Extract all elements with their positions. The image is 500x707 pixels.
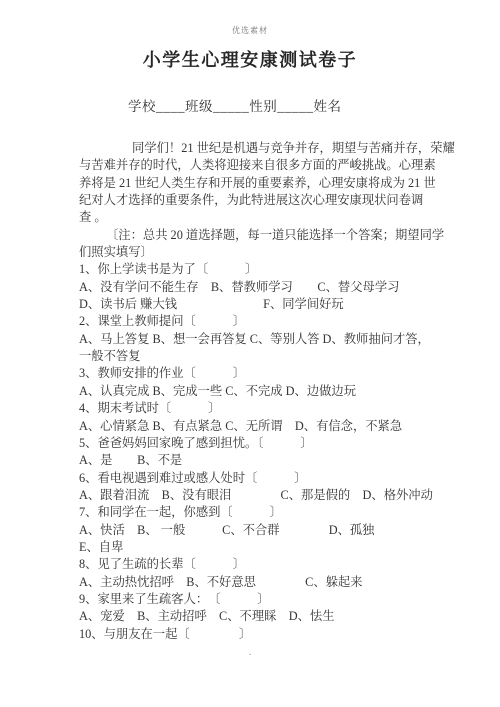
student-info-blanks: 学校____班级_____性别_____姓名 bbox=[128, 95, 342, 115]
document-page: 优选素材 小学生心理安康测试卷子 学校____班级_____性别_____姓名 … bbox=[0, 0, 500, 707]
question-1-options: D、读书后 赚大钱 F、同学间好玩 bbox=[79, 296, 444, 313]
intro-line: 与苦难并存的时代，人类将迎接来自很多方面的严峻挑战。心理素 bbox=[79, 157, 444, 174]
question-9: 9、家里来了生疏客人： 〔 〕 bbox=[79, 591, 444, 608]
question-7: 7、和同学在一起，你感到〔 〕 bbox=[79, 504, 444, 521]
note-line: 〔注：总共 20 道选择题，每一道只能选择一个答案；期望同学 bbox=[79, 227, 444, 244]
questionnaire-body: 同学们！21 世纪是机遇与竞争并存，期望与苦痛并存，荣耀 与苦难并存的时代，人类… bbox=[79, 140, 444, 643]
page-title: 小学生心理安康测试卷子 bbox=[0, 46, 500, 72]
header-watermark: 优选素材 bbox=[0, 25, 500, 36]
intro-line: 查 。 bbox=[79, 209, 444, 226]
question-6: 6、看电视遇到难过或感人处时〔 〕 bbox=[79, 470, 444, 487]
question-8: 8、见了生疏的长辈〔 〕 bbox=[79, 556, 444, 573]
question-1-options: A、没有学问不能生存 B、替教师学习 C、替父母学习 bbox=[79, 279, 444, 296]
question-2: 2、课堂上教师提问〔 〕 bbox=[79, 313, 444, 330]
question-1: 1、你上学读书是为了〔 〕 bbox=[79, 261, 444, 278]
question-6-options: A、跟着泪流 B、没有眼泪 C、那是假的 D、格外冲动 bbox=[79, 487, 444, 504]
note-line: 们照实填写〕 bbox=[79, 244, 444, 261]
question-8-options: A、主动热忱招呼 B、不好意思 C、躲起来 bbox=[79, 574, 444, 591]
question-2-options: A、马上答复 B、想一会再答复 C、等别人答 D、教师抽问才答， bbox=[79, 331, 444, 348]
question-9-options: A、宠爱 B、主动招呼 C、不理睬 D、怯生 bbox=[79, 608, 444, 625]
question-5: 5、爸爸妈妈回家晚了感到担忧。〔 〕 bbox=[79, 435, 444, 452]
question-4: 4、期末考试时〔 〕 bbox=[79, 400, 444, 417]
intro-line: 纪对人才选择的重要条件，为此特进展这次心理安康现状问卷调 bbox=[79, 192, 444, 209]
intro-line: 同学们！21 世纪是机遇与竞争并存，期望与苦痛并存，荣耀 bbox=[79, 140, 444, 157]
question-4-options: A、心情紧急 B、有点紧急 C、无所谓 D、有信念，不紧急 bbox=[79, 418, 444, 435]
question-2-options: 一般不答复 bbox=[79, 348, 444, 365]
question-10: 10、与朋友在一起〔 〕 bbox=[79, 626, 444, 643]
question-7-options: A、快活 B、 一般 C、不合群 D、孤独 bbox=[79, 522, 444, 539]
intro-line: 养将是 21 世纪人类生存和开展的重要素养，心理安康将成为 21 世 bbox=[79, 175, 444, 192]
page-footer-dot: · bbox=[0, 650, 500, 661]
question-5-options: A、是 B、不是 bbox=[79, 452, 444, 469]
question-7-options: E、自卑 bbox=[79, 539, 444, 556]
question-3-options: A、认真完成 B、完成一些 C、不完成 D、边做边玩 bbox=[79, 383, 444, 400]
question-3: 3、教师安排的作业〔 〕 bbox=[79, 365, 444, 382]
